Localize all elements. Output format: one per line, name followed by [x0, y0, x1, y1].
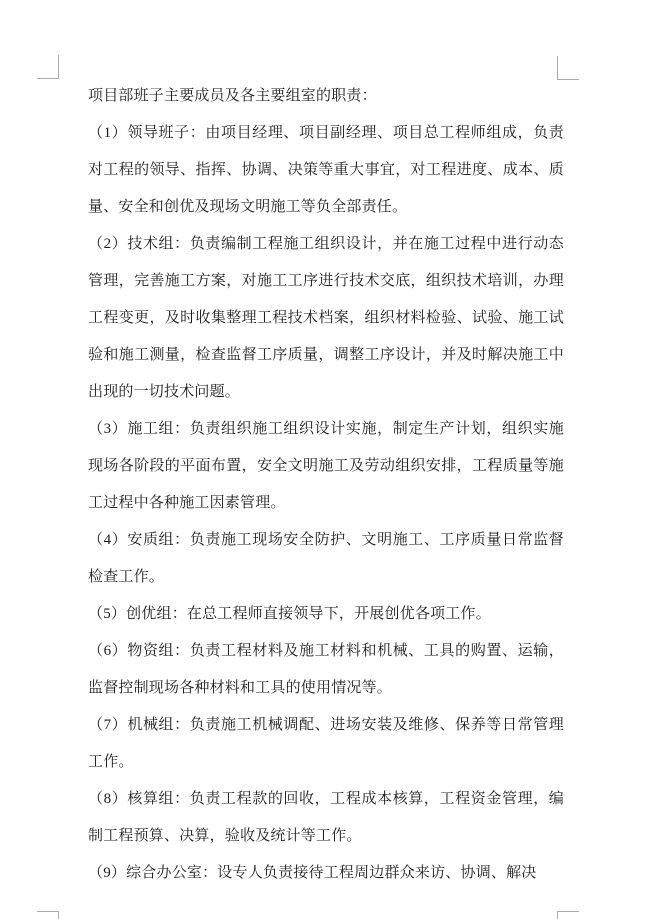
document-title: 项目部班子主要成员及各主要组室的职责：	[88, 78, 564, 115]
paragraph-7: （7）机械组：负责施工机械调配、进场安装及维修、保养等日常管理工作。	[88, 707, 564, 781]
paragraph-5: （5）创优组：在总工程师直接领导下，开展创优各项工作。	[88, 596, 564, 633]
paragraph-6: （6）物资组：负责工程材料及施工材料和机械、工具的购置、运输，监督控制现场各种材…	[88, 633, 564, 707]
paragraph-3: （3）施工组：负责组织施工组织设计实施，制定生产计划，组织实施现场各阶段的平面布…	[88, 411, 564, 522]
margin-crop-mark-bottom-right	[557, 911, 579, 919]
margin-crop-mark-bottom-left	[37, 911, 59, 919]
paragraph-2: （2）技术组：负责编制工程施工组织设计，并在施工过程中进行动态管理，完善施工方案…	[88, 226, 564, 411]
document-canvas[interactable]: 项目部班子主要成员及各主要组室的职责： （1）领导班子：由项目经理、项目副经理、…	[88, 78, 564, 892]
paragraph-9: （9）综合办公室：设专人负责接待工程周边群众来访、协调、解决	[88, 855, 564, 892]
paragraph-8: （8）核算组：负责工程款的回收，工程成本核算，工程资金管理，编制工程预算、决算，…	[88, 781, 564, 855]
document-page: 项目部班子主要成员及各主要组室的职责： （1）领导班子：由项目经理、项目副经理、…	[0, 0, 645, 919]
margin-crop-mark-top-left	[37, 55, 59, 79]
margin-crop-mark-top-right	[557, 56, 579, 80]
paragraph-4: （4）安质组：负责施工现场安全防护、文明施工、工序质量日常监督检查工作。	[88, 522, 564, 596]
paragraph-1: （1）领导班子：由项目经理、项目副经理、项目总工程师组成，负责对工程的领导、指挥…	[88, 115, 564, 226]
